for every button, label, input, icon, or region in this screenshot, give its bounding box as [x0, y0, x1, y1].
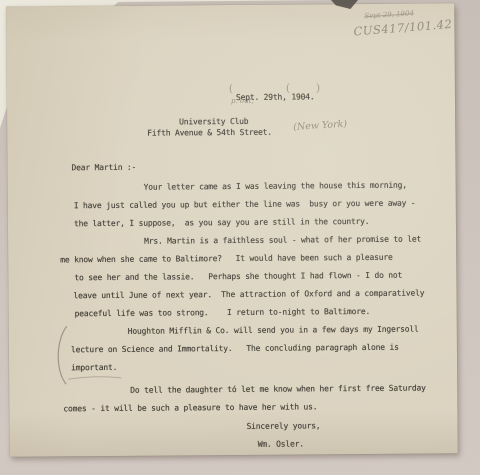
archival-reference-number: CUS417/101.42 — [353, 17, 453, 39]
letter-line: Houghton Mifflin & Co. will send you in … — [128, 325, 419, 337]
letter-line: lecture on Science and Immortality. The … — [71, 343, 399, 356]
letter-signature: Wm. Osler. — [258, 439, 304, 449]
letter-line: Your letter came as I was leaving the ho… — [144, 181, 407, 193]
scanned-letter-scene: Sept 29, 1904 CUS417/101.42 ( ( ) Sept. … — [0, 0, 480, 475]
pencil-underline — [67, 374, 123, 382]
letter-line: comes - it will be such a pleasure to ha… — [63, 402, 317, 414]
pencil-place-note: (New York) — [293, 119, 348, 133]
letter-line: Mrs. Martin is a faithless soul - what o… — [144, 235, 421, 247]
letter-line: to see her and the lassie. Perhaps she t… — [74, 271, 402, 284]
letterhead-club: University Club — [179, 117, 248, 128]
letterhead-street: Fifth Avenue & 54th Street. — [147, 128, 272, 139]
letter-line: me know when she came to Baltimore? It w… — [60, 253, 392, 266]
letter-closing: Sincerely yours, — [247, 421, 321, 432]
letter-salutation: Dear Martin :- — [71, 163, 136, 174]
pencil-date-annotation: Sept 29, 1904 — [364, 9, 414, 20]
letter-line: Do tell the daughter tó let me know when… — [130, 383, 426, 395]
letter-line: I have just called you up but either the… — [74, 199, 416, 212]
letter-line: important. — [71, 363, 117, 373]
letter-line: leave until June of next year. The attra… — [73, 288, 424, 301]
pencil-paren-mark: ( — [229, 84, 233, 94]
pencil-paren-mark: ) — [316, 83, 320, 93]
letter-line: the latter, I suppose, as you say you ar… — [74, 217, 370, 229]
letter-page: Sept 29, 1904 CUS417/101.42 ( ( ) Sept. … — [6, 3, 458, 457]
letter-line: peaceful life was too strong. I return t… — [75, 307, 371, 319]
pencil-date-note: p. out, — [231, 97, 254, 105]
